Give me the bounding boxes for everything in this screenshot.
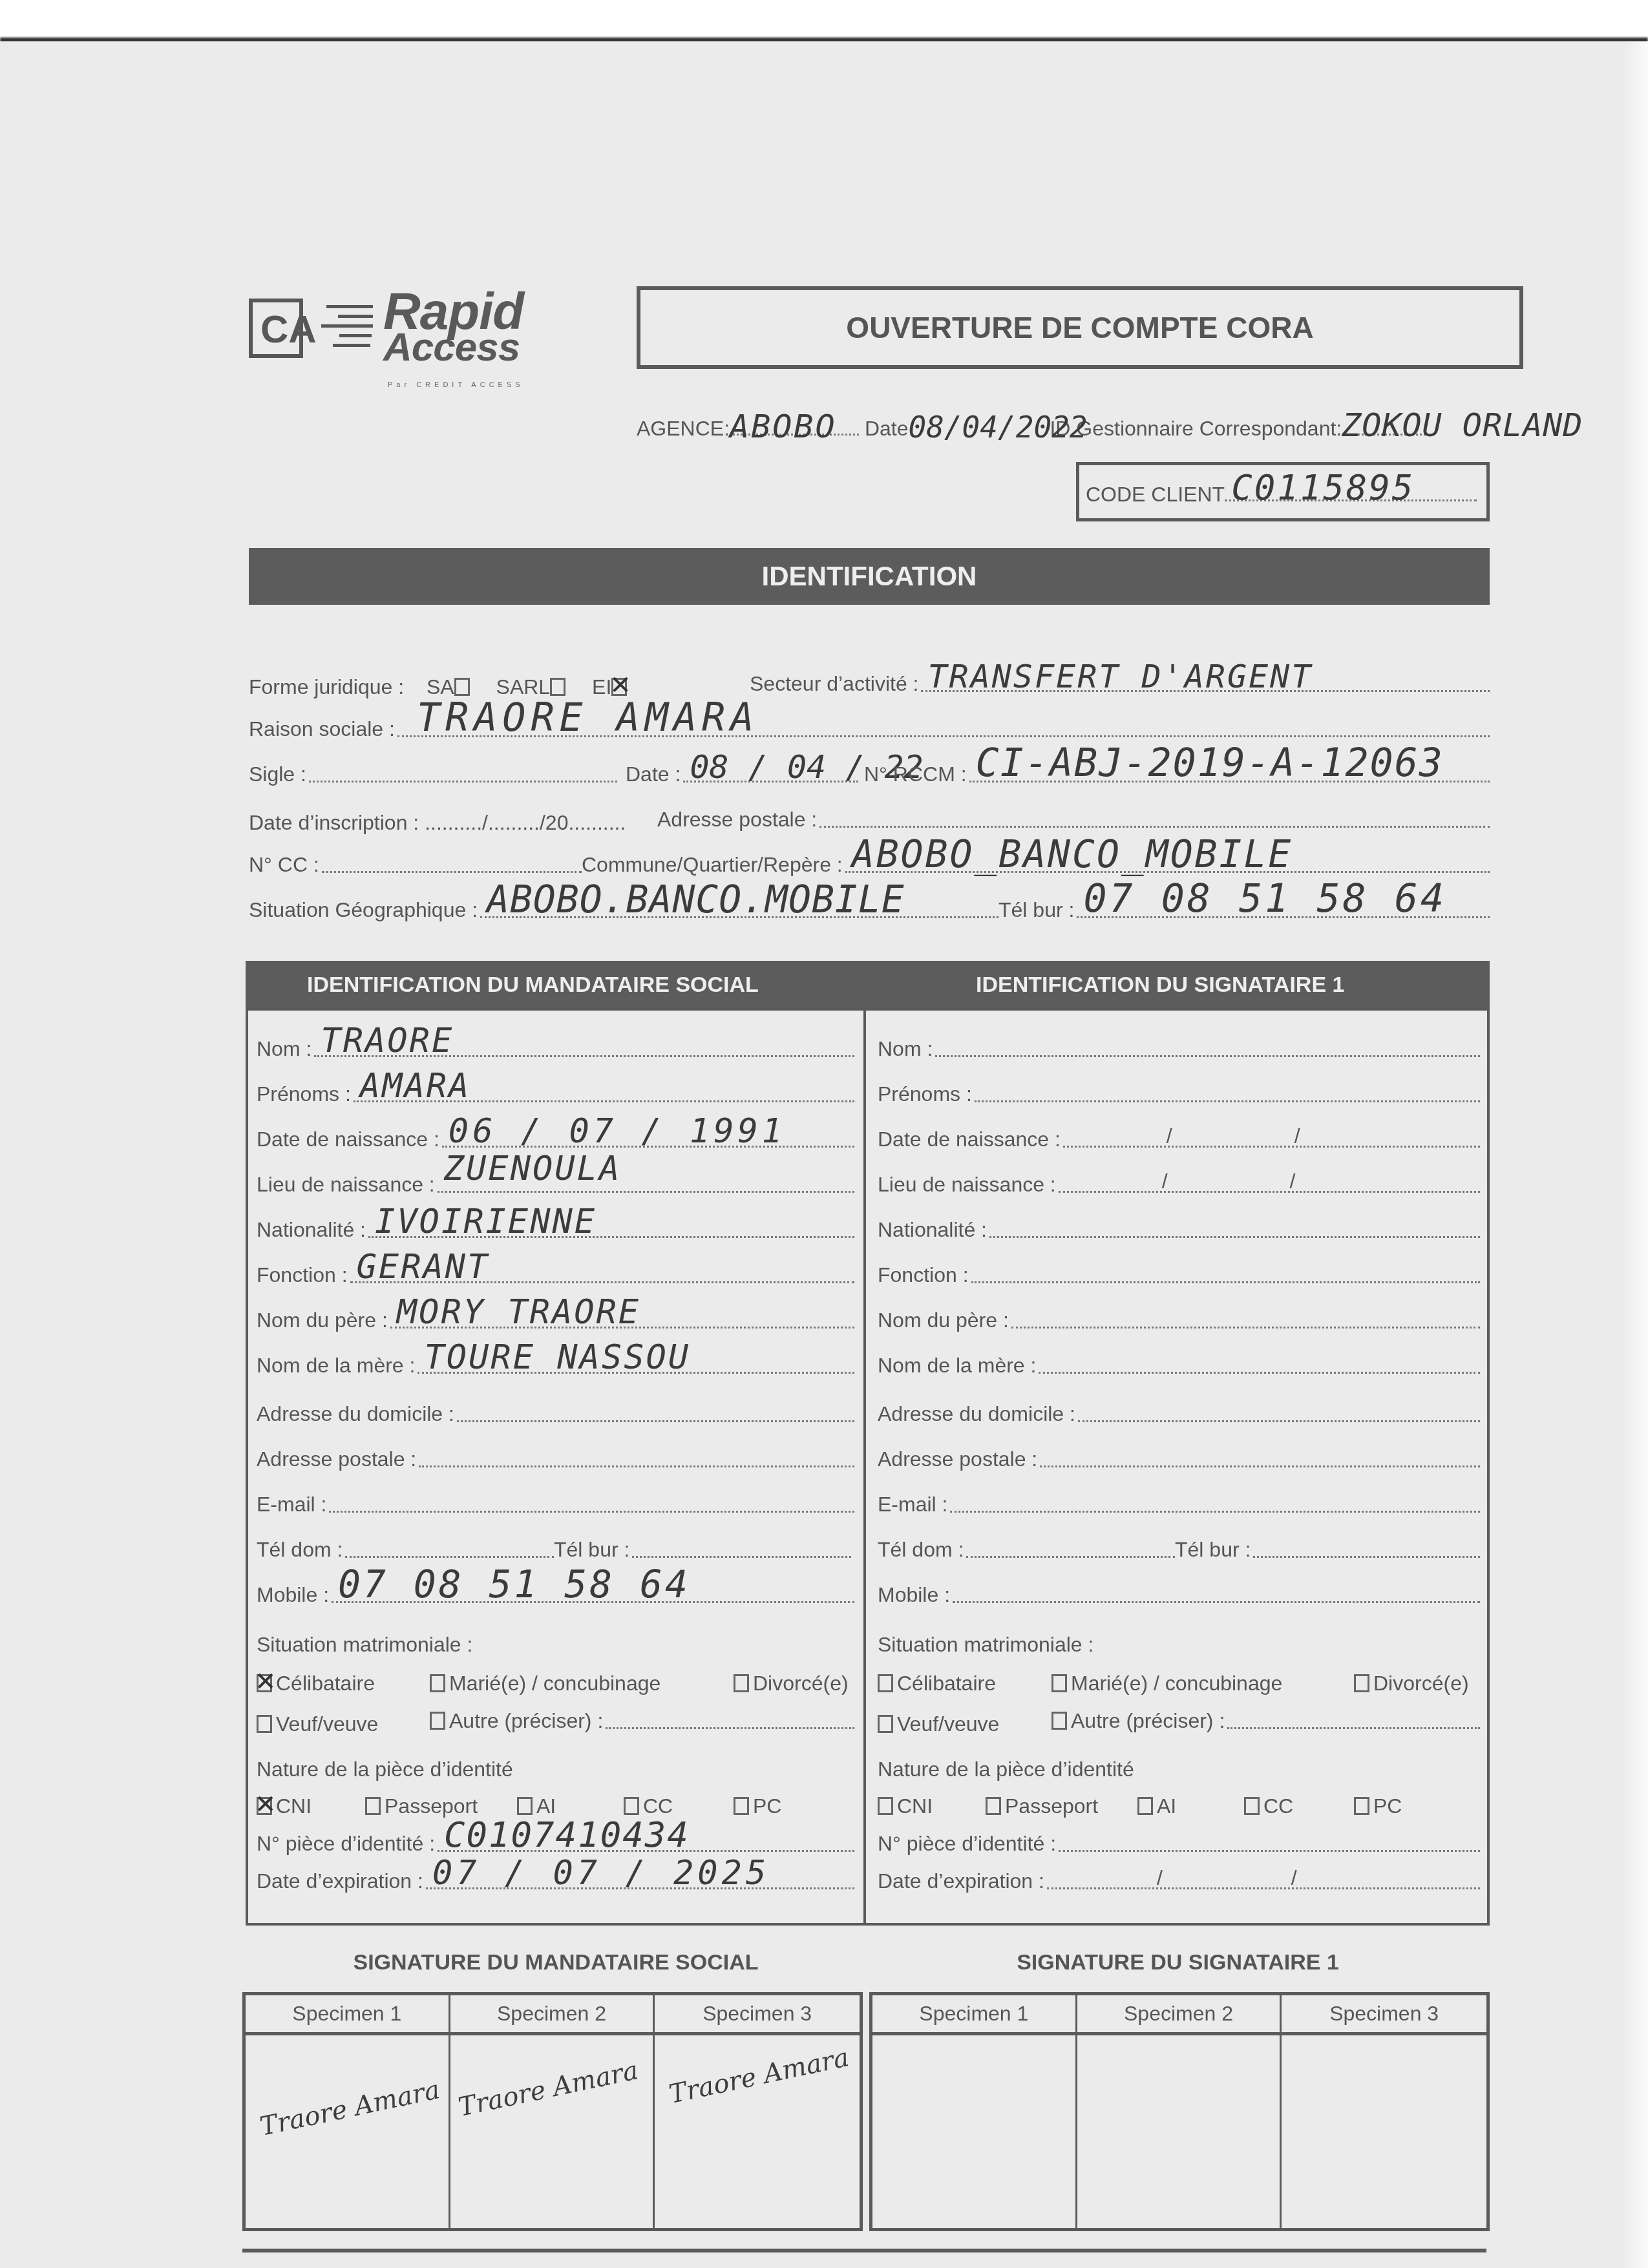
mandataire-domicile-field[interactable] <box>457 1420 854 1422</box>
signataire-nom-row: Nom : <box>878 1037 1480 1061</box>
rccm-label: N° RCCM : <box>864 762 967 786</box>
signataire-divorce-option[interactable]: Divorcé(e) <box>1354 1672 1469 1696</box>
mandataire-cni-option[interactable]: CNI <box>257 1794 312 1818</box>
checkbox[interactable] <box>257 1674 272 1692</box>
field-label: E-mail : <box>257 1493 326 1517</box>
signataire-expiration-row: Date d’expiration :/ / <box>878 1869 1480 1893</box>
code-client-field[interactable]: C0115895 <box>1225 499 1477 501</box>
option-label: Veuf/veuve <box>276 1712 378 1736</box>
mandataire-prenoms-row: Prénoms :AMARA <box>257 1082 854 1106</box>
signataire-adresse-postale-field[interactable] <box>1040 1465 1480 1467</box>
sarl-checkbox[interactable] <box>550 678 565 696</box>
agence-field[interactable]: ABOBO <box>730 434 859 436</box>
field-value: IVOIRIENNE <box>375 1202 597 1241</box>
signature-specimen: Traore Amara <box>257 2075 442 2142</box>
checkbox[interactable] <box>1354 1674 1369 1692</box>
option-label: Autre (préciser) : <box>1071 1709 1225 1732</box>
mandataire-nationalite-field[interactable]: IVOIRIENNE <box>368 1235 854 1238</box>
signataire-num-piece-field[interactable] <box>1059 1849 1480 1852</box>
field-value: 06 / 07 / 1991 <box>449 1112 786 1151</box>
gestionnaire-value: ZOKOU ORLAND <box>1342 406 1583 444</box>
mandataire-expiration-row: Date d’expiration :07 / 07 / 2025 <box>257 1869 854 1893</box>
mandataire-mobile-row: Mobile :07 08 51 58 64 <box>257 1583 854 1607</box>
mandataire-tel-bur-field[interactable] <box>632 1555 851 1558</box>
mandataire-tel-bur-row: Tél bur : <box>554 1538 851 1562</box>
ncc-field[interactable] <box>322 870 582 873</box>
logo-tagline: Par CREDIT ACCESS <box>388 381 524 389</box>
checkbox[interactable] <box>986 1797 1001 1815</box>
situation-geo-row: Situation Géographique : ABOBO.BANCO.MOB… <box>249 898 998 922</box>
mandataire-nom-row: Nom :TRAORE <box>257 1037 854 1061</box>
mandataire-piece-label: Nature de la pièce d’identité <box>257 1758 513 1781</box>
field-label: N° pièce d’identité : <box>257 1832 435 1856</box>
identification-date-field[interactable]: 08 / 04 / 22 <box>683 780 858 782</box>
situation-geo-label: Situation Géographique : <box>249 898 478 922</box>
specimen-header: Specimen 3 <box>655 1995 860 2035</box>
date-label: Date <box>865 417 909 440</box>
field-label: Nom du père : <box>878 1308 1009 1332</box>
field-label: Lieu de naissance : <box>257 1173 435 1197</box>
mandataire-signature-table: Specimen 1 Specimen 2 Specimen 3 Traore … <box>242 1992 863 2231</box>
field-label: Tél dom : <box>257 1538 343 1562</box>
signataire-lieu-naissance-row: Lieu de naissance :/ / <box>878 1173 1480 1197</box>
checkbox[interactable] <box>1137 1797 1153 1815</box>
mandataire-signature-title: SIGNATURE DU MANDATAIRE SOCIAL <box>246 1950 866 1975</box>
signataire-fonction-field[interactable] <box>971 1281 1480 1283</box>
field-value: 07 08 51 58 64 <box>338 1562 690 1606</box>
specimen-header: Specimen 1 <box>246 1995 450 2035</box>
mandataire-num-piece-row: N° pièce d’identité :C0107410434 <box>257 1832 854 1856</box>
logo-mark-text: CA <box>260 310 317 349</box>
field-label: Date de naissance : <box>257 1128 439 1151</box>
field-label: Nom de la mère : <box>257 1354 415 1378</box>
tel-bur-label: Tél bur : <box>998 898 1074 922</box>
ncc-label: N° CC : <box>249 853 319 877</box>
agence-label: AGENCE: <box>637 417 730 440</box>
field-value: TOURE NASSOU <box>424 1338 690 1377</box>
field-label: Nom de la mère : <box>878 1354 1036 1378</box>
field-label: Tél dom : <box>878 1538 964 1562</box>
signataire-tel-bur-field[interactable] <box>1253 1555 1480 1558</box>
secteur-label: Secteur d’activité : <box>750 672 918 696</box>
mandataire-adresse-postale-row: Adresse postale : <box>257 1447 854 1471</box>
signature-specimen: Traore Amara <box>667 2042 852 2110</box>
form-title-box: OUVERTURE DE COMPTE CORA <box>637 286 1523 369</box>
ei-checkbox[interactable] <box>611 678 627 696</box>
raison-sociale-row: Raison sociale : TRAORE AMARA <box>249 717 1490 741</box>
signataire-date-naissance-field[interactable]: / / <box>1063 1145 1480 1148</box>
bottom-divider <box>242 2249 1486 2252</box>
sigle-label: Sigle : <box>249 762 306 786</box>
specimen-header: Specimen 3 <box>1282 1995 1486 2035</box>
mandataire-mobile-field[interactable]: 07 08 51 58 64 <box>332 1601 854 1603</box>
option-label: Divorcé(e) <box>1373 1672 1469 1695</box>
signataire-marie-option[interactable]: Marié(e) / concubinage <box>1051 1672 1282 1696</box>
mandataire-mere-row: Nom de la mère :TOURE NASSOU <box>257 1354 854 1378</box>
rapid-access-logo: CA Rapid Access Par CREDIT ACCESS <box>249 291 572 394</box>
raison-sociale-label: Raison sociale : <box>249 717 395 741</box>
mandataire-date-naissance-field[interactable]: 06 / 07 / 1991 <box>442 1145 854 1148</box>
checkbox[interactable] <box>1051 1712 1067 1730</box>
mandataire-specimen-1[interactable]: Traore Amara <box>246 2035 450 2228</box>
mandataire-email-row: E-mail : <box>257 1493 854 1517</box>
mandataire-adresse-postale-field[interactable] <box>419 1465 854 1467</box>
mandataire-specimen-3[interactable]: Traore Amara <box>655 2035 860 2228</box>
secteur-field[interactable]: TRANSFERT D'ARGENT <box>921 689 1490 692</box>
signataire-email-row: E-mail : <box>878 1493 1480 1517</box>
field-value: ZUENOULA <box>444 1150 621 1188</box>
secteur-activite-row: Secteur d’activité : TRANSFERT D'ARGENT <box>750 672 1490 696</box>
field-label: Prénoms : <box>878 1082 972 1106</box>
field-label: Nationalité : <box>257 1218 366 1242</box>
signataire-nationalite-field[interactable] <box>989 1235 1480 1238</box>
adresse-postale-row: Adresse postale : <box>657 808 1490 832</box>
date-separators: / / <box>1162 1170 1296 1193</box>
identification-title: IDENTIFICATION <box>762 561 977 592</box>
mandataire-prenoms-field[interactable]: AMARA <box>354 1100 854 1102</box>
credit-access-mark-icon: CA <box>249 299 303 358</box>
signataire-expiration-field[interactable]: / / <box>1047 1887 1480 1889</box>
signataire-tel-bur-row: Tél bur : <box>1175 1538 1480 1562</box>
signataire-pere-row: Nom du père : <box>878 1308 1480 1332</box>
checkbox[interactable] <box>878 1674 893 1692</box>
mandataire-specimen-2[interactable]: Traore Amara <box>450 2035 655 2228</box>
mandataire-email-field[interactable] <box>329 1510 854 1513</box>
field-label: Adresse du domicile : <box>257 1402 454 1426</box>
signataire-tel-dom-field[interactable] <box>966 1555 1175 1558</box>
signataire-ai-option[interactable]: AI <box>1137 1794 1176 1818</box>
commune-label: Commune/Quartier/Repère : <box>582 853 843 877</box>
field-label: N° pièce d’identité : <box>878 1832 1056 1856</box>
date-separators: / / <box>1157 1866 1297 1890</box>
panels-header-band: IDENTIFICATION DU MANDATAIRE SOCIAL IDEN… <box>246 961 1490 1009</box>
checkbox[interactable] <box>1244 1797 1260 1815</box>
signataire-tel-dom-row: Tél dom : <box>878 1538 1175 1562</box>
signataire-signature-title: SIGNATURE DU SIGNATAIRE 1 <box>866 1950 1490 1975</box>
field-label: Date d’expiration : <box>257 1869 423 1893</box>
mandataire-nom-field[interactable]: TRAORE <box>314 1055 854 1057</box>
option-label: Célibataire <box>276 1672 375 1695</box>
checkbox[interactable] <box>1051 1674 1067 1692</box>
checkbox[interactable] <box>257 1715 272 1733</box>
field-label: Prénoms : <box>257 1082 351 1106</box>
signataire-pc-option[interactable]: PC <box>1354 1794 1402 1818</box>
mandataire-domicile-row: Adresse du domicile : <box>257 1402 854 1426</box>
checkbox[interactable] <box>430 1712 445 1730</box>
signataire-celibataire-option[interactable]: Célibataire <box>878 1672 996 1696</box>
option-label: Passeport <box>1005 1794 1098 1818</box>
signataire-prenoms-row: Prénoms : <box>878 1082 1480 1106</box>
checkbox[interactable] <box>624 1797 639 1815</box>
code-client-box: CODE CLIENTC0115895 <box>1076 462 1490 521</box>
sigle-row: Sigle : <box>249 762 617 786</box>
option-label: PC <box>1373 1794 1402 1818</box>
sigle-field[interactable] <box>309 780 617 782</box>
field-value: TRAORE <box>321 1022 454 1060</box>
option-label: Marié(e) / concubinage <box>449 1672 660 1695</box>
signataire-piece-label: Nature de la pièce d’identité <box>878 1758 1134 1781</box>
signataire-situation-label: Situation matrimoniale : <box>878 1633 1093 1657</box>
identification-date-label: Date : <box>626 762 681 786</box>
tel-bur-value: 07 08 51 58 64 <box>1083 876 1446 921</box>
rccm-field[interactable]: CI-ABJ-2019-A-12063 <box>969 780 1490 782</box>
checkbox[interactable] <box>734 1797 749 1815</box>
checkbox[interactable] <box>365 1797 381 1815</box>
mandataire-celibataire-option[interactable]: Célibataire <box>257 1672 375 1696</box>
signataire-prenoms-field[interactable] <box>975 1100 1480 1102</box>
commune-row: Commune/Quartier/Repère : ABOBO_BANCO_MO… <box>582 853 1490 877</box>
field-label: Nom : <box>878 1037 933 1061</box>
field-label: Mobile : <box>878 1583 950 1607</box>
mandataire-autre-option: Autre (préciser) : <box>430 1709 854 1733</box>
checkbox[interactable] <box>430 1674 445 1692</box>
signataire-section-title: IDENTIFICATION DU SIGNATAIRE 1 <box>976 972 1344 998</box>
mandataire-section-title: IDENTIFICATION DU MANDATAIRE SOCIAL <box>307 972 759 998</box>
specimen-header: Specimen 2 <box>450 1995 655 2035</box>
signataire-specimen-1[interactable] <box>872 2035 1077 2228</box>
forme-juridique-label: Forme juridique : <box>249 675 404 698</box>
option-label: Célibataire <box>897 1672 996 1695</box>
identification-date-row: Date : 08 / 04 / 22 <box>626 762 858 786</box>
checkbox[interactable] <box>257 1797 272 1815</box>
specimen-header: Specimen 1 <box>872 1995 1077 2035</box>
field-label: Nationalité : <box>878 1218 987 1242</box>
field-value: MORY TRAORE <box>397 1293 640 1332</box>
field-label: E-mail : <box>878 1493 947 1517</box>
raison-sociale-field[interactable]: TRAORE AMARA <box>397 735 1490 737</box>
option-label: CNI <box>276 1794 312 1818</box>
situation-geo-value: ABOBO.BANCO.MOBILE <box>487 877 905 921</box>
field-value: 07 / 07 / 2025 <box>432 1854 770 1893</box>
raison-sociale-value: TRAORE AMARA <box>417 695 759 740</box>
signataire-pere-field[interactable] <box>1011 1326 1480 1328</box>
signataire-specimen-3[interactable] <box>1282 2035 1486 2228</box>
secteur-value: TRANSFERT D'ARGENT <box>927 658 1313 695</box>
option-label: PC <box>753 1794 781 1818</box>
mandataire-pc-option[interactable]: PC <box>734 1794 781 1818</box>
signataire-specimen-2[interactable] <box>1077 2035 1282 2228</box>
mandataire-pere-field[interactable]: MORY TRAORE <box>390 1326 854 1328</box>
gestionnaire-label: ID Gestionnaire Correspondant: <box>1050 417 1342 440</box>
mandataire-tel-dom-field[interactable] <box>345 1555 554 1558</box>
mandataire-num-piece-field[interactable]: C0107410434 <box>438 1849 854 1852</box>
rccm-row: N° RCCM : CI-ABJ-2019-A-12063 <box>864 762 1490 786</box>
date-separators: / / <box>1167 1124 1300 1148</box>
option-label: Autre (préciser) : <box>449 1709 603 1732</box>
signataire-cc-option[interactable]: CC <box>1244 1794 1293 1818</box>
tel-bur-field[interactable]: 07 08 51 58 64 <box>1077 916 1490 918</box>
signataire-autre-option: Autre (préciser) : <box>1051 1709 1480 1733</box>
agence-value: ABOBO <box>730 408 837 445</box>
signataire-nationalite-row: Nationalité : <box>878 1218 1480 1242</box>
commune-value: ABOBO_BANCO_MOBILE <box>852 832 1293 876</box>
adresse-postale-field[interactable] <box>819 825 1490 828</box>
signataire-domicile-field[interactable] <box>1078 1420 1480 1422</box>
mandataire-divorce-option[interactable]: Divorcé(e) <box>734 1672 849 1696</box>
field-label: Adresse postale : <box>878 1447 1037 1471</box>
mandataire-fonction-field[interactable]: GERANT <box>350 1281 854 1283</box>
option-label: Veuf/veuve <box>897 1712 999 1736</box>
mandataire-pere-row: Nom du père :MORY TRAORE <box>257 1308 854 1332</box>
mandataire-date-naissance-row: Date de naissance :06 / 07 / 1991 <box>257 1128 854 1151</box>
field-label: Adresse du domicile : <box>878 1402 1075 1426</box>
field-value: C0107410434 <box>444 1814 690 1855</box>
field-label: Date d’expiration : <box>878 1869 1044 1893</box>
signataire-autre-field[interactable] <box>1227 1727 1480 1729</box>
code-client-label: CODE CLIENT <box>1086 483 1225 506</box>
mandataire-veuf-option[interactable]: Veuf/veuve <box>257 1712 378 1736</box>
ncc-row: N° CC : <box>249 853 582 877</box>
mandataire-mere-field[interactable]: TOURE NASSOU <box>417 1371 854 1374</box>
commune-field[interactable]: ABOBO_BANCO_MOBILE <box>845 870 1490 873</box>
field-label: Mobile : <box>257 1583 329 1607</box>
signataire-mobile-field[interactable] <box>953 1601 1480 1603</box>
signataire-fonction-row: Fonction : <box>878 1263 1480 1287</box>
option-label: Divorcé(e) <box>753 1672 849 1695</box>
mandataire-fonction-row: Fonction :GERANT <box>257 1263 854 1287</box>
mandataire-autre-field[interactable] <box>606 1727 854 1729</box>
header-date-value: 08/04/2022 <box>909 410 1088 445</box>
option-label: CC <box>1263 1794 1293 1818</box>
field-label: Tél bur : <box>1175 1538 1251 1562</box>
sa-checkbox[interactable] <box>454 678 470 696</box>
gestionnaire-field[interactable]: ZOKOU ORLAND <box>1342 434 1426 436</box>
checkbox[interactable] <box>734 1674 749 1692</box>
checkbox[interactable] <box>878 1715 893 1733</box>
form-title: OUVERTURE DE COMPTE CORA <box>846 310 1313 345</box>
field-label: Adresse postale : <box>257 1447 416 1471</box>
signataire-mere-field[interactable] <box>1039 1371 1480 1374</box>
rccm-value: CI-ABJ-2019-A-12063 <box>976 740 1444 786</box>
signataire-mobile-row: Mobile : <box>878 1583 1480 1607</box>
checkbox[interactable] <box>878 1797 893 1815</box>
mandataire-situation-label: Situation matrimoniale : <box>257 1633 472 1657</box>
field-label: Tél bur : <box>554 1538 629 1562</box>
situation-geo-field[interactable]: ABOBO.BANCO.MOBILE <box>480 916 998 918</box>
signataire-mere-row: Nom de la mère : <box>878 1354 1480 1378</box>
signataire-nom-field[interactable] <box>935 1055 1480 1057</box>
scanner-background <box>0 0 1648 39</box>
field-label: Fonction : <box>878 1263 969 1287</box>
specimen-header: Specimen 2 <box>1077 1995 1282 2035</box>
code-client-value: C0115895 <box>1231 467 1415 508</box>
checkbox[interactable] <box>517 1797 533 1815</box>
speed-lines-icon <box>321 305 373 353</box>
identification-section-header: IDENTIFICATION <box>249 548 1490 605</box>
option-label: CNI <box>897 1794 933 1818</box>
option-label: Marié(e) / concubinage <box>1071 1672 1282 1695</box>
signataire-veuf-option[interactable]: Veuf/veuve <box>878 1712 999 1736</box>
signature-specimen: Traore Amara <box>456 2055 640 2123</box>
field-label: Date de naissance : <box>878 1128 1061 1151</box>
date-inscription-field[interactable]: Date d’inscription : ........../........… <box>249 811 626 835</box>
signataire-date-naissance-row: Date de naissance :/ / <box>878 1128 1480 1151</box>
signataire-lieu-naissance-field[interactable]: / / <box>1059 1190 1480 1193</box>
signataire-adresse-postale-row: Adresse postale : <box>878 1447 1480 1471</box>
mandataire-marie-option[interactable]: Marié(e) / concubinage <box>430 1672 660 1696</box>
signataire-cni-option[interactable]: CNI <box>878 1794 933 1818</box>
signataire-email-field[interactable] <box>950 1510 1480 1513</box>
mandataire-tel-dom-row: Tél dom : <box>257 1538 554 1562</box>
field-label: Fonction : <box>257 1263 348 1287</box>
checkbox[interactable] <box>1354 1797 1369 1815</box>
field-value: GERANT <box>357 1248 490 1286</box>
signataire-domicile-row: Adresse du domicile : <box>878 1402 1480 1426</box>
option-label: AI <box>1157 1794 1176 1818</box>
mandataire-lieu-naissance-field[interactable]: ZUENOULA <box>438 1190 854 1193</box>
mandataire-lieu-naissance-row: Lieu de naissance :ZUENOULA <box>257 1173 854 1197</box>
logo-access: Access <box>383 324 520 370</box>
adresse-postale-label: Adresse postale : <box>657 808 817 832</box>
tel-bur-row: Tél bur : 07 08 51 58 64 <box>998 898 1490 922</box>
mandataire-expiration-field[interactable]: 07 / 07 / 2025 <box>426 1887 854 1889</box>
signataire-num-piece-row: N° pièce d’identité : <box>878 1832 1480 1856</box>
field-label: Lieu de naissance : <box>878 1173 1056 1197</box>
signataire-signature-table: Specimen 1 Specimen 2 Specimen 3 <box>869 1992 1490 2231</box>
mandataire-nationalite-row: Nationalité :IVOIRIENNE <box>257 1218 854 1242</box>
signataire-passeport-option[interactable]: Passeport <box>986 1794 1098 1818</box>
agence-line: AGENCE:ABOBO Date08/04/2022 ID Gestionna… <box>637 417 1426 441</box>
field-label: Nom du père : <box>257 1308 388 1332</box>
field-label: Nom : <box>257 1037 312 1061</box>
date-inscription-label: Date d’inscription : ........../........… <box>249 811 626 834</box>
field-value: AMARA <box>360 1067 471 1106</box>
